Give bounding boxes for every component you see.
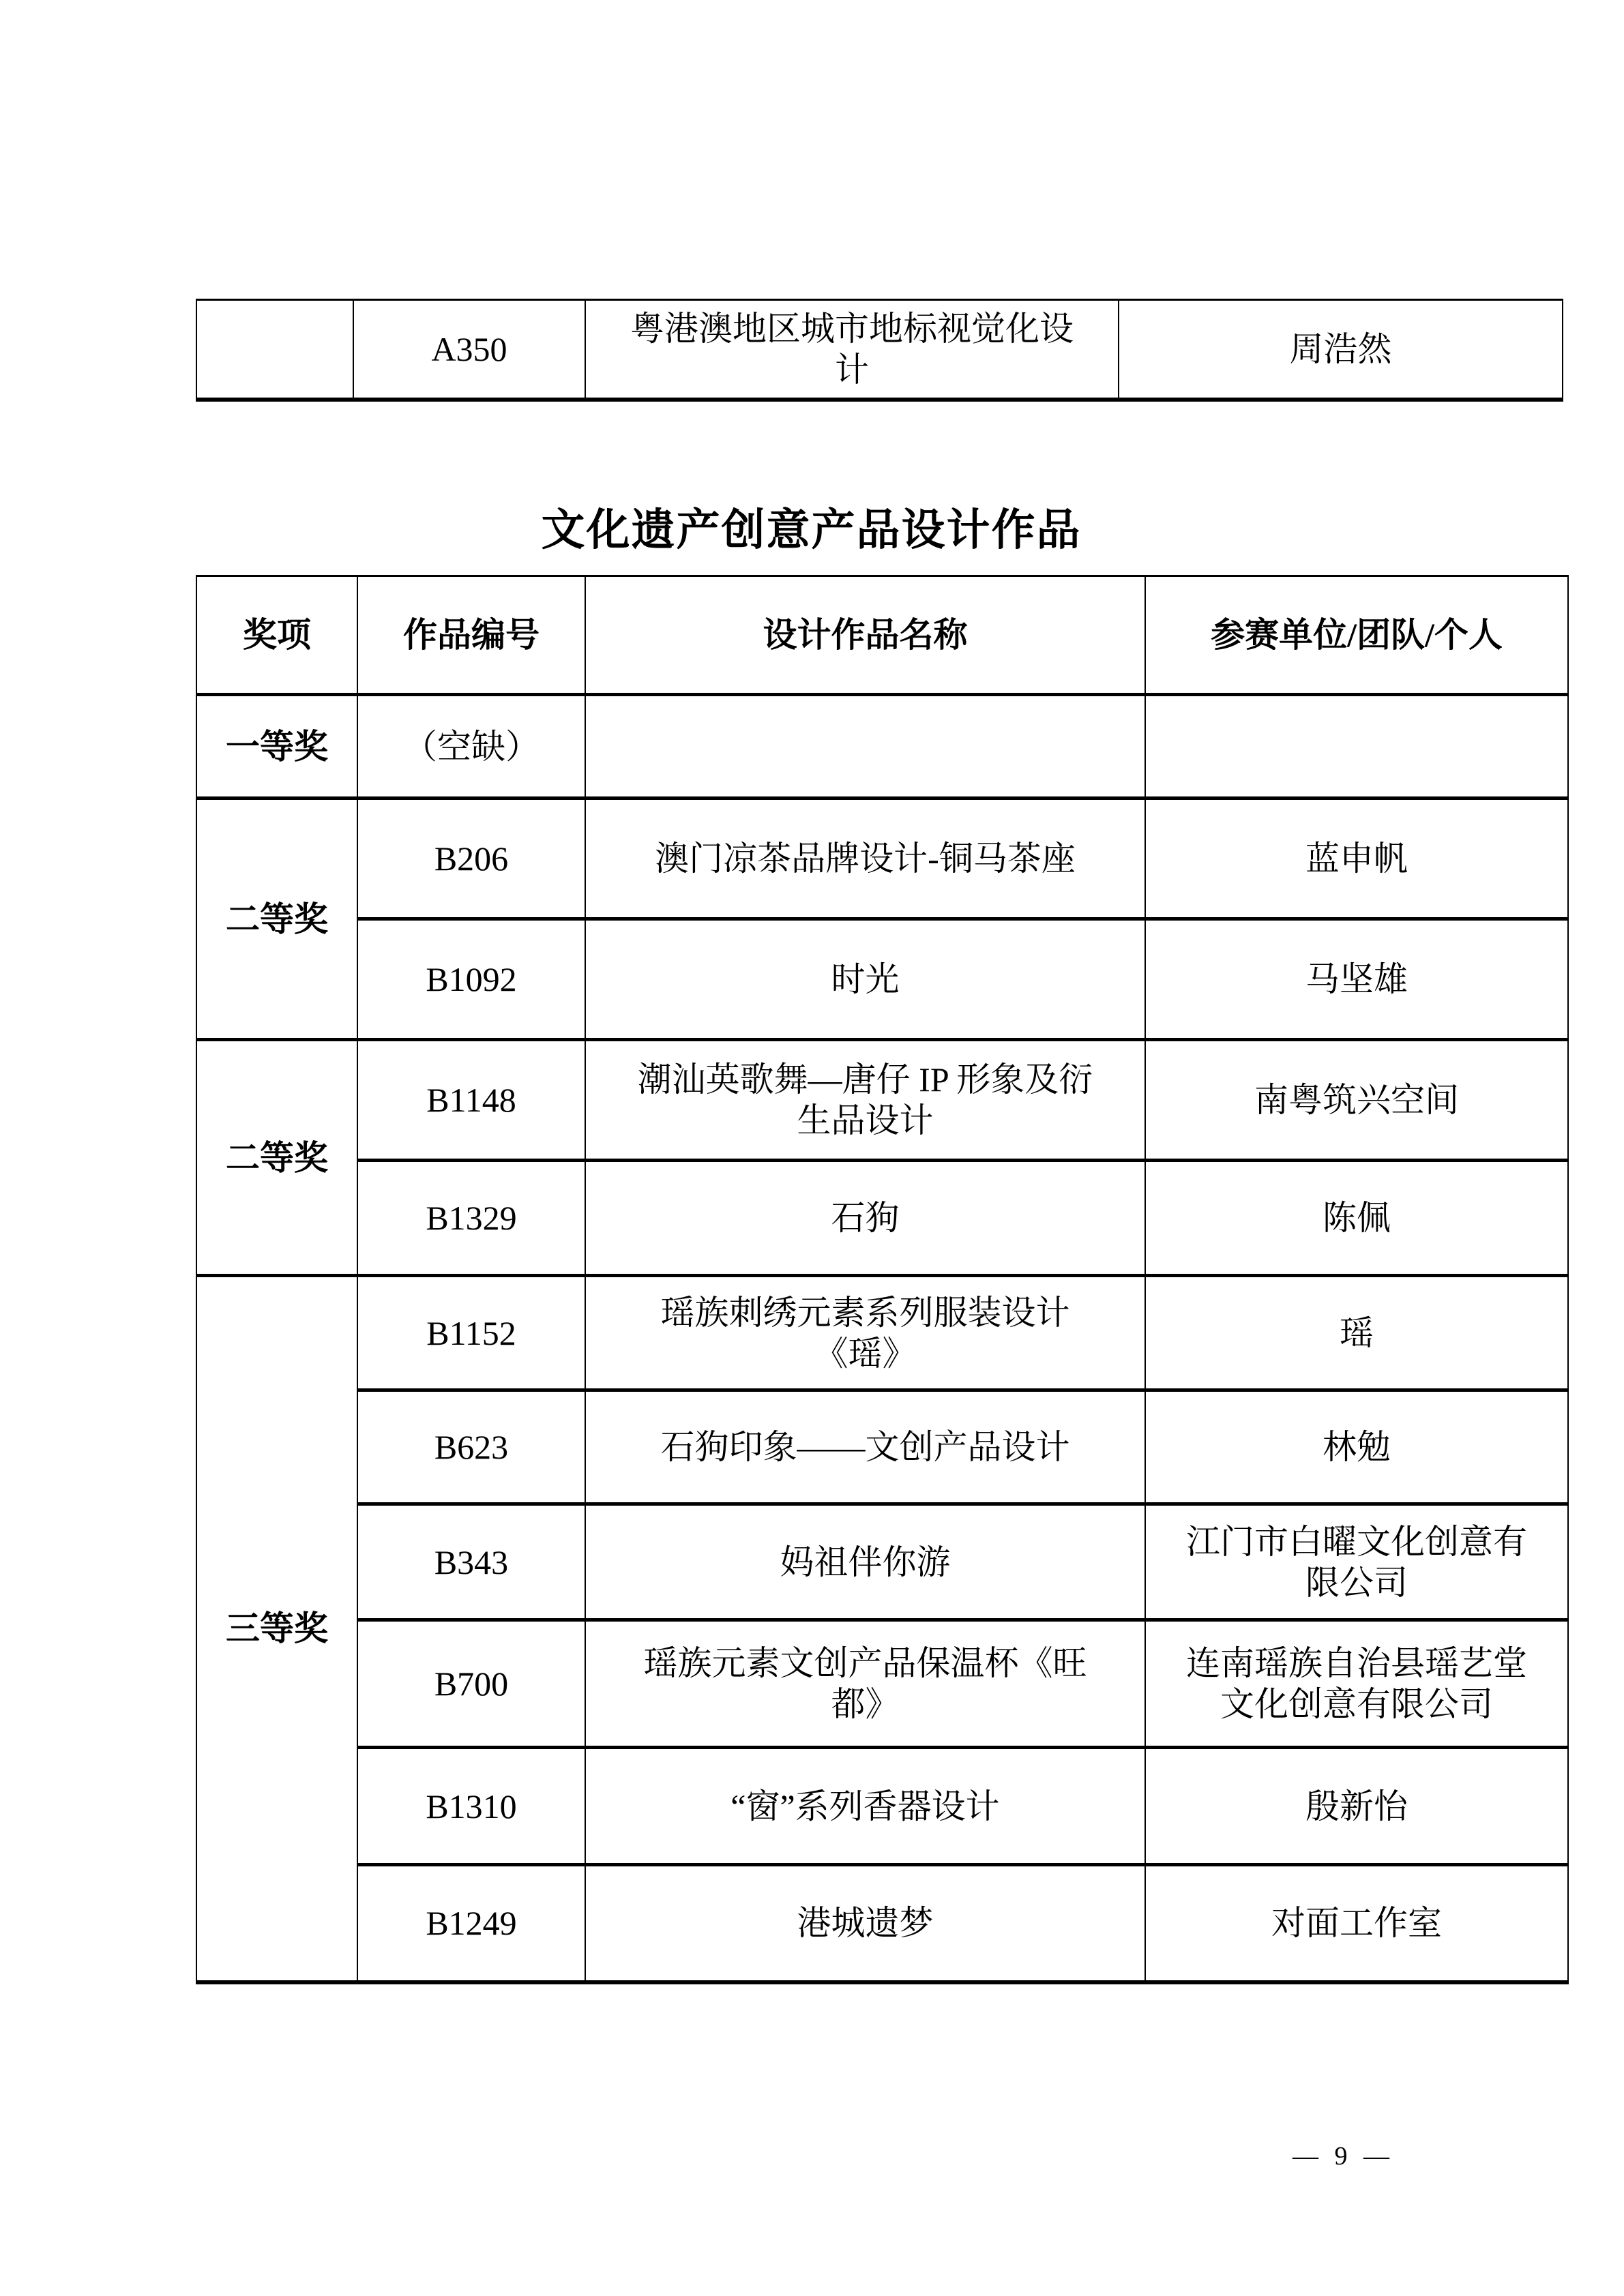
code-cell: B1310	[357, 1748, 585, 1865]
name-cell: 石狗	[585, 1161, 1145, 1276]
award-cell: 二等奖	[196, 1040, 357, 1276]
awards-table-body: 奖项 作品编号 设计作品名称 参赛单位/团队/个人 一等奖（空缺）二等奖B206…	[196, 576, 1568, 1982]
unit-cell: 林勉	[1145, 1390, 1568, 1504]
unit-cell: 马坚雄	[1145, 919, 1568, 1040]
name-cell	[585, 695, 1145, 799]
code-cell: B343	[357, 1504, 585, 1620]
code-cell: B1092	[357, 919, 585, 1040]
name-cell: 石狗印象——文创产品设计	[585, 1390, 1145, 1504]
table-row: B1092时光马坚雄	[196, 919, 1568, 1040]
name-cell: 时光	[585, 919, 1145, 1040]
header-row: 奖项 作品编号 设计作品名称 参赛单位/团队/个人	[196, 576, 1568, 695]
name-cell: 粤港澳地区城市地标视觉化设计	[585, 300, 1119, 400]
code-cell: B1148	[357, 1040, 585, 1161]
unit-cell: 周浩然	[1119, 300, 1563, 400]
table-row: B1329石狗陈佩	[196, 1161, 1568, 1276]
code-cell: （空缺）	[357, 695, 585, 799]
unit-cell: 对面工作室	[1145, 1865, 1568, 1982]
name-cell: 妈祖伴你游	[585, 1504, 1145, 1620]
name-cell: 潮汕英歌舞—唐仔 IP 形象及衍生品设计	[585, 1040, 1145, 1161]
code-cell: B1329	[357, 1161, 585, 1276]
award-cell: 二等奖	[196, 799, 357, 1040]
table-row: B343妈祖伴你游江门市白曜文化创意有限公司	[196, 1504, 1568, 1620]
table-row: 二等奖B206澳门凉茶品牌设计-铜马茶座蓝申帆	[196, 799, 1568, 919]
previous-table-fragment: A350 粤港澳地区城市地标视觉化设计 周浩然	[196, 299, 1563, 402]
unit-cell	[1145, 695, 1568, 799]
table-row: B700瑶族元素文创产品保温杯《旺都》连南瑶族自治县瑶艺堂文化创意有限公司	[196, 1620, 1568, 1748]
table-row: B1249港城遗梦对面工作室	[196, 1865, 1568, 1982]
table-row: 一等奖（空缺）	[196, 695, 1568, 799]
table-row: 三等奖B1152瑶族刺绣元素系列服装设计《瑶》瑶	[196, 1276, 1568, 1390]
code-cell: B206	[357, 799, 585, 919]
awards-table: 奖项 作品编号 设计作品名称 参赛单位/团队/个人 一等奖（空缺）二等奖B206…	[196, 575, 1569, 1984]
award-cell: 三等奖	[196, 1276, 357, 1982]
table-row: B1310“窗”系列香器设计殷新怡	[196, 1748, 1568, 1865]
code-cell: B623	[357, 1390, 585, 1504]
unit-cell: 连南瑶族自治县瑶艺堂文化创意有限公司	[1145, 1620, 1568, 1748]
table-row: A350 粤港澳地区城市地标视觉化设计 周浩然	[196, 300, 1563, 400]
unit-cell: 陈佩	[1145, 1161, 1568, 1276]
award-cell	[196, 300, 353, 400]
section-title: 文化遗产创意产品设计作品	[196, 495, 1427, 558]
header-unit: 参赛单位/团队/个人	[1145, 576, 1568, 695]
previous-table-body: A350 粤港澳地区城市地标视觉化设计 周浩然	[196, 300, 1563, 400]
name-cell: 澳门凉茶品牌设计-铜马茶座	[585, 799, 1145, 919]
name-cell: 港城遗梦	[585, 1865, 1145, 1982]
code-cell: B1249	[357, 1865, 585, 1982]
unit-cell: 蓝申帆	[1145, 799, 1568, 919]
header-name: 设计作品名称	[585, 576, 1145, 695]
page-number: — 9 —	[1239, 2141, 1443, 2171]
unit-cell: 南粤筑兴空间	[1145, 1040, 1568, 1161]
award-cell: 一等奖	[196, 695, 357, 799]
table-row: 二等奖B1148潮汕英歌舞—唐仔 IP 形象及衍生品设计南粤筑兴空间	[196, 1040, 1568, 1161]
unit-cell: 江门市白曜文化创意有限公司	[1145, 1504, 1568, 1620]
name-cell: “窗”系列香器设计	[585, 1748, 1145, 1865]
unit-cell: 殷新怡	[1145, 1748, 1568, 1865]
name-cell: 瑶族元素文创产品保温杯《旺都》	[585, 1620, 1145, 1748]
unit-cell: 瑶	[1145, 1276, 1568, 1390]
code-cell: B700	[357, 1620, 585, 1748]
code-cell: B1152	[357, 1276, 585, 1390]
table-row: B623石狗印象——文创产品设计林勉	[196, 1390, 1568, 1504]
name-cell: 瑶族刺绣元素系列服装设计《瑶》	[585, 1276, 1145, 1390]
header-award: 奖项	[196, 576, 357, 695]
code-cell: A350	[353, 300, 585, 400]
header-code: 作品编号	[357, 576, 585, 695]
